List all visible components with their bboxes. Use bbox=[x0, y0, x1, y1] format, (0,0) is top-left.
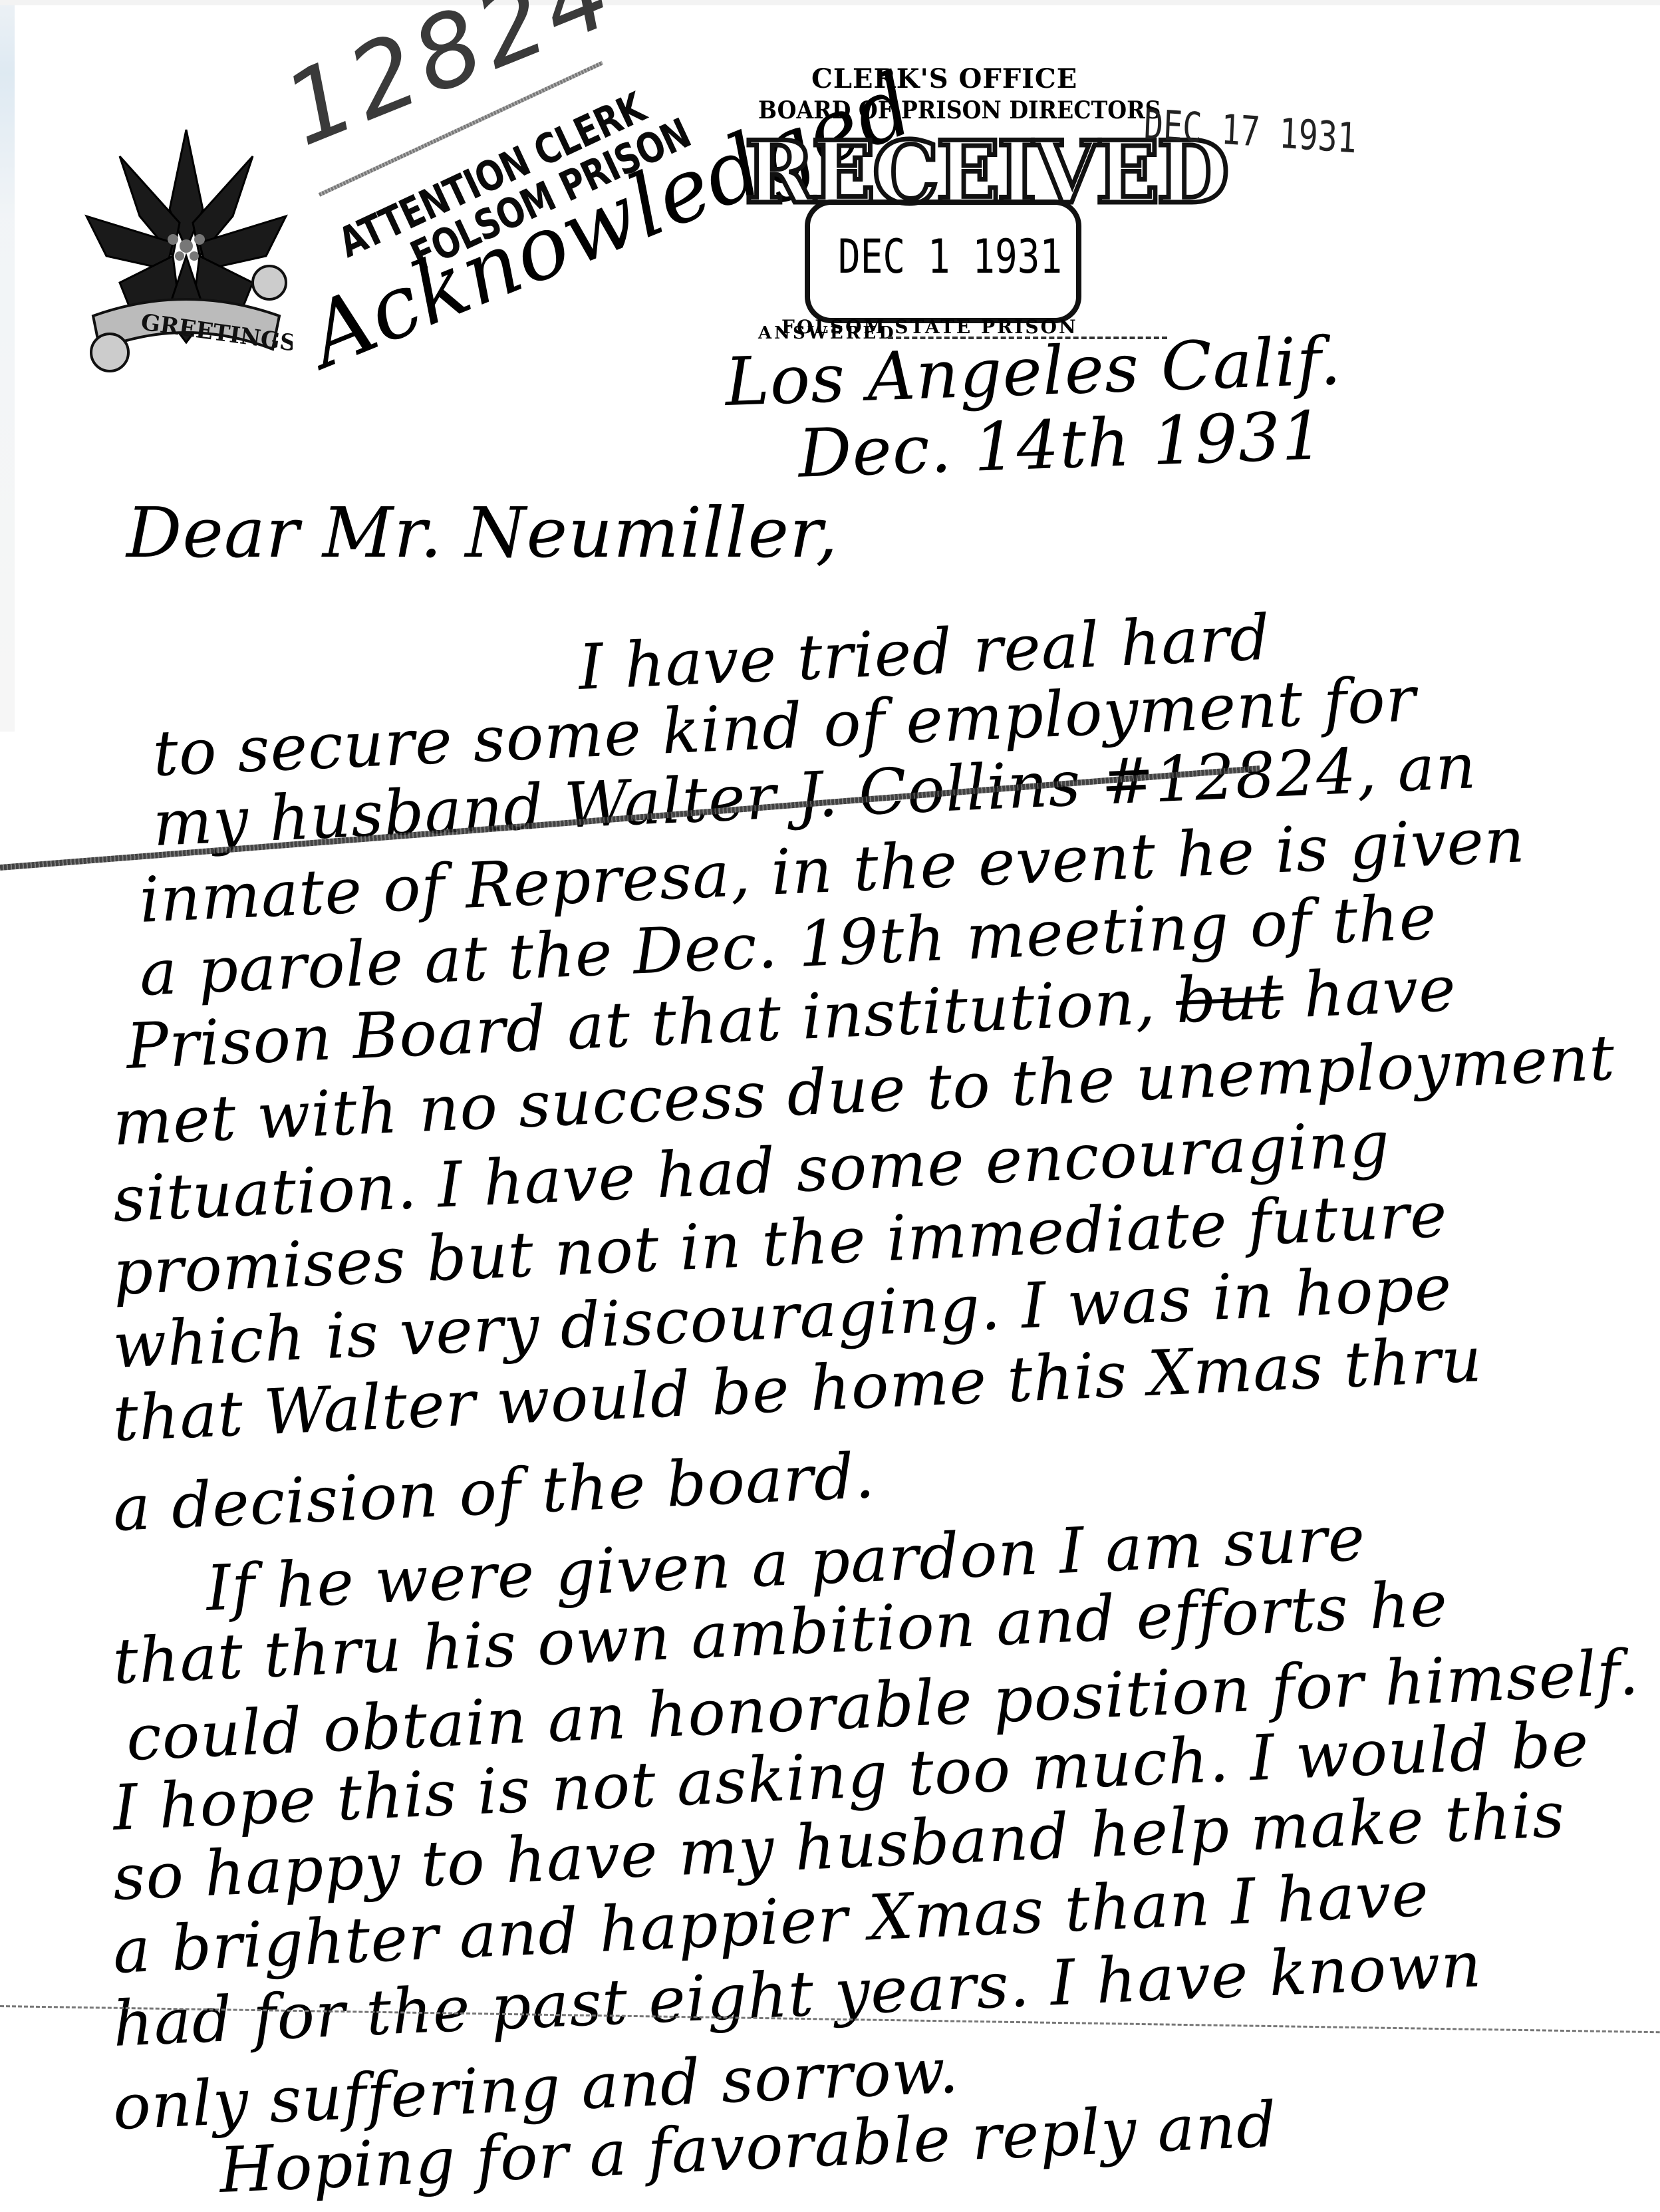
scan-top-edge bbox=[0, 0, 1660, 5]
stamp-received-date: DEC 1 1931 bbox=[838, 229, 1062, 284]
scan-edge-artifact bbox=[0, 0, 15, 732]
received-stamp: CLERK'S OFFICE BOARD OF PRISON DIRECTORS… bbox=[738, 63, 1151, 343]
poinsettia-greetings-emblem: GREETINGS bbox=[80, 116, 293, 382]
salutation: Dear Mr. Neumiller, bbox=[126, 492, 838, 573]
struck-word: but bbox=[1175, 960, 1285, 1037]
stamp-clerks-office: CLERK'S OFFICE bbox=[811, 63, 1077, 94]
stamp-board-name: BOARD OF PRISON DIRECTORS bbox=[758, 96, 1161, 124]
poinsettia-icon: GREETINGS bbox=[80, 116, 293, 382]
